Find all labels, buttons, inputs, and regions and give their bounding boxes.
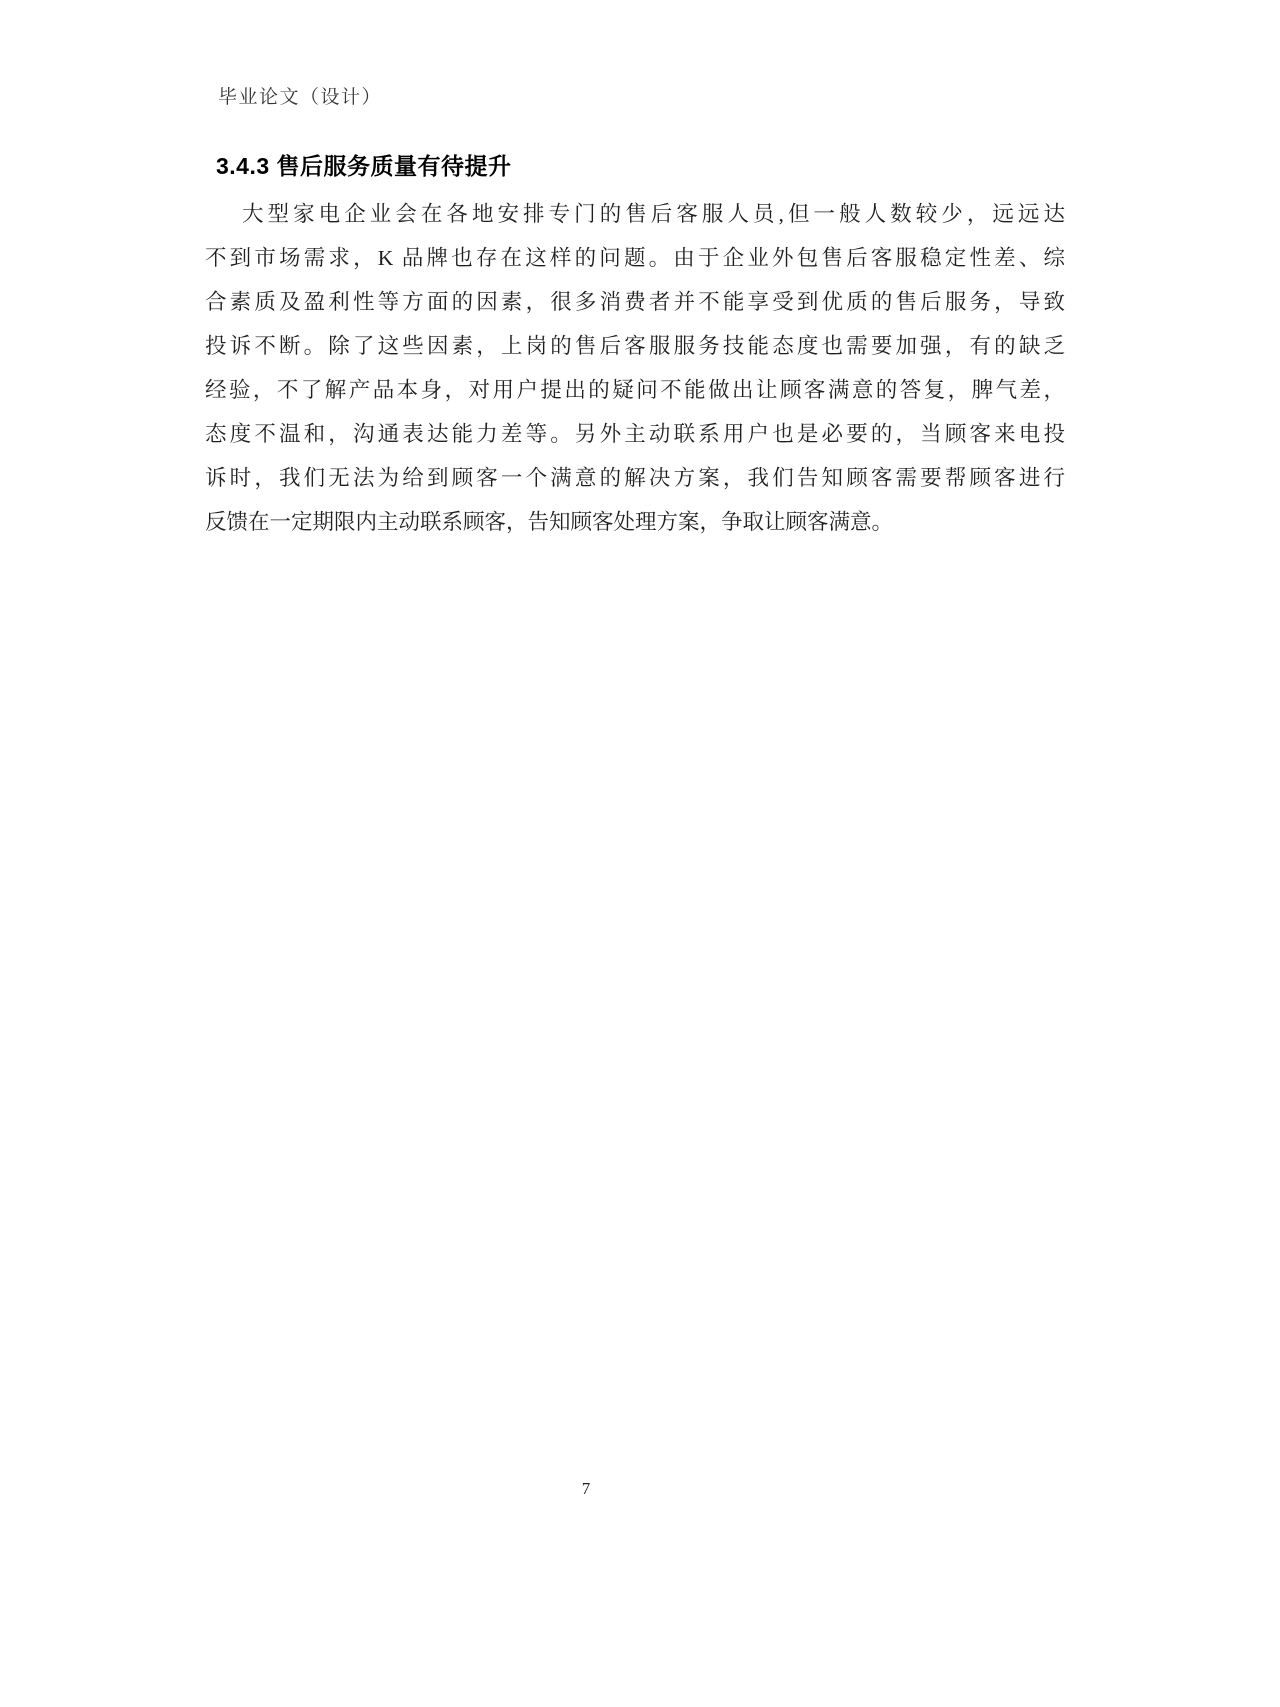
paragraph-line: 反馈在一定期限内主动联系顾客，告知顾客处理方案，争取让顾客满意。 bbox=[205, 500, 1065, 544]
paragraph-line: 诉时，我们无法为给到顾客一个满意的解决方案，我们告知顾客需要帮顾客进行 bbox=[205, 456, 1065, 500]
body-paragraph: 大型家电企业会在各地安排专门的售后客服人员,但一般人数较少，远远达 不到市场需求… bbox=[205, 192, 1065, 544]
paragraph-line: 态度不温和，沟通表达能力差等。另外主动联系用户也是必要的，当顾客来电投 bbox=[205, 412, 1065, 456]
paragraph-line: 投诉不断。除了这些因素，上岗的售后客服服务技能态度也需要加强，有的缺乏 bbox=[205, 324, 1065, 368]
paragraph-line: 大型家电企业会在各地安排专门的售后客服人员,但一般人数较少，远远达 bbox=[205, 192, 1065, 236]
running-header: 毕业论文（设计） bbox=[218, 82, 382, 109]
section-heading: 3.4.3 售后服务质量有待提升 bbox=[216, 148, 512, 181]
page-number: 7 bbox=[0, 1479, 1172, 1499]
document-page: 毕业论文（设计） 3.4.3 售后服务质量有待提升 大型家电企业会在各地安排专门… bbox=[0, 0, 1280, 1707]
paragraph-line: 经验，不了解产品本身，对用户提出的疑问不能做出让顾客满意的答复，脾气差， bbox=[205, 368, 1065, 412]
paragraph-line: 合素质及盈利性等方面的因素，很多消费者并不能享受到优质的售后服务，导致 bbox=[205, 280, 1065, 324]
paragraph-line: 不到市场需求，K 品牌也存在这样的问题。由于企业外包售后客服稳定性差、综 bbox=[205, 236, 1065, 280]
